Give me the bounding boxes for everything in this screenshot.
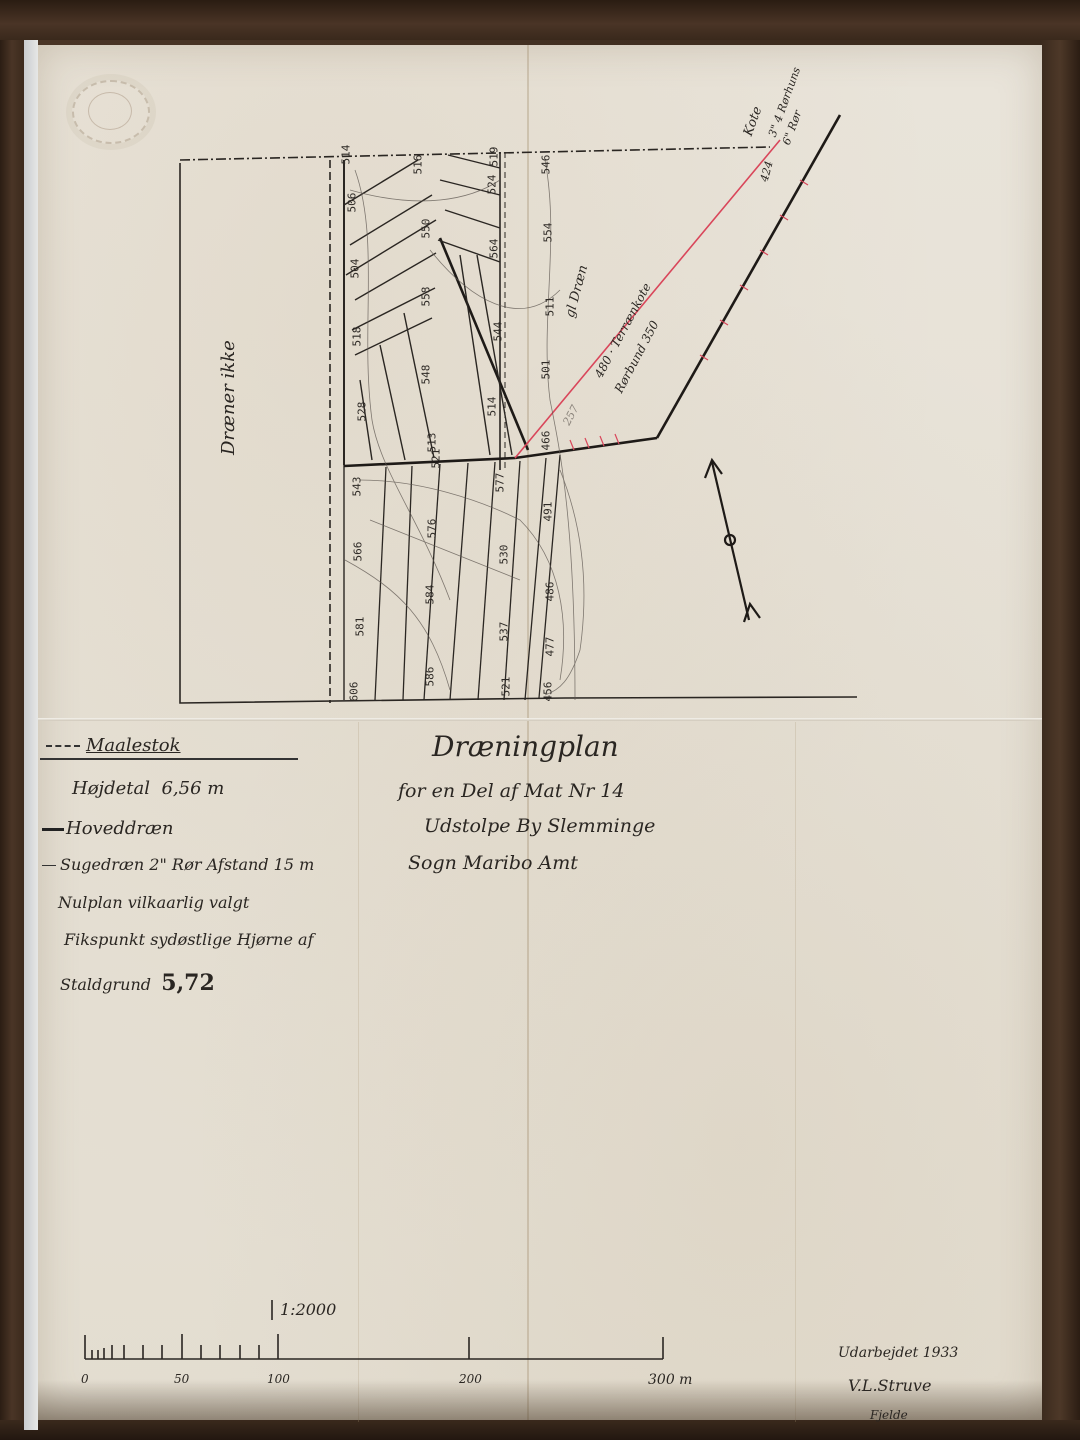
main-drain-symbol: [42, 828, 64, 831]
document-title: Dræningplan: [432, 730, 619, 763]
elevation-label: 511: [543, 297, 556, 317]
elevation-label: 477: [543, 637, 556, 657]
scale-tick-200: 200: [459, 1372, 482, 1386]
elevation-label: 466: [539, 431, 552, 451]
scale-bar: [85, 1300, 663, 1359]
elevation-label: 584: [423, 585, 436, 605]
signature-date: Udarbejdet 1933: [838, 1345, 958, 1361]
signature-place: Fjelde: [870, 1408, 908, 1422]
legend-underline: [40, 758, 298, 760]
elevation-label: 491: [541, 502, 554, 522]
elevation-label: 524: [485, 175, 498, 195]
elevation-label: 537: [497, 622, 510, 642]
elevation-label: 514: [485, 397, 498, 417]
elevation-label: 521: [429, 449, 442, 469]
elevation-label: 566: [351, 542, 364, 562]
elevation-label: 606: [347, 682, 360, 702]
elevation-label: 576: [425, 519, 438, 539]
lateral-drain-symbol: [42, 865, 56, 866]
scale-tick-300: 300 m: [648, 1372, 692, 1388]
scale-tick-100: 100: [267, 1372, 290, 1386]
legend-item-main-drain: Hoveddræn: [66, 818, 174, 839]
elevation-label: 550: [419, 219, 432, 239]
scale-ratio: 1:2000: [280, 1300, 336, 1319]
elevation-label: 501: [539, 360, 552, 380]
elevation-label: 504: [348, 259, 361, 279]
legend-item-stable-ground: Staldgrund 5,72: [60, 970, 215, 996]
elevation-label: 558: [419, 287, 432, 307]
elevation-label: 530: [497, 545, 510, 565]
elevation-label: 543: [350, 477, 363, 497]
elevation-label: 456: [541, 682, 554, 702]
field-label: Dræner ikke: [218, 340, 239, 455]
legend-dash-symbol: [46, 745, 80, 747]
elevation-label: 564: [487, 239, 500, 259]
subtitle-line-1: for en Del af Mat Nr 14: [398, 780, 625, 802]
elevation-label: 514: [339, 145, 352, 165]
scale-tick-50: 50: [174, 1372, 189, 1386]
legend-item-lateral-drain: Sugedræn 2" Rør Afstand 15 m: [60, 855, 314, 874]
elevation-label: 581: [353, 617, 366, 637]
drainage-map: [0, 0, 1080, 1440]
elevation-label: 506: [345, 193, 358, 213]
elevation-label: 554: [541, 223, 554, 243]
elevation-label: 519: [487, 147, 500, 167]
elevation-label: 521: [499, 677, 512, 697]
elevation-label: 546: [539, 155, 552, 175]
legend-item-elevation: Højdetal 6,56 m: [72, 778, 224, 799]
legend-item-fixpoint: Fikspunkt sydøstlige Hjørne af: [64, 930, 314, 949]
elevation-label: 518: [350, 327, 363, 347]
signature-name: V.L.Struve: [848, 1376, 931, 1395]
subtitle-line-2: Udstolpe By Slemminge: [424, 815, 655, 837]
legend-heading: Maalestok: [86, 735, 181, 756]
north-arrow-icon: [705, 460, 760, 622]
subtitle-line-3: Sogn Maribo Amt: [408, 852, 578, 874]
legend-item-datum: Nulplan vilkaarlig valgt: [58, 893, 249, 912]
elevation-label: 486: [543, 582, 556, 602]
elevation-label: 528: [355, 402, 368, 422]
elevation-label: 577: [493, 473, 506, 493]
elevation-label: 544: [491, 322, 504, 342]
scale-tick-0: 0: [81, 1372, 89, 1386]
elevation-label: 516: [411, 155, 424, 175]
lateral-drains-lower: [375, 455, 560, 700]
elevation-label: 548: [419, 365, 432, 385]
elevation-label: 586: [423, 667, 436, 687]
